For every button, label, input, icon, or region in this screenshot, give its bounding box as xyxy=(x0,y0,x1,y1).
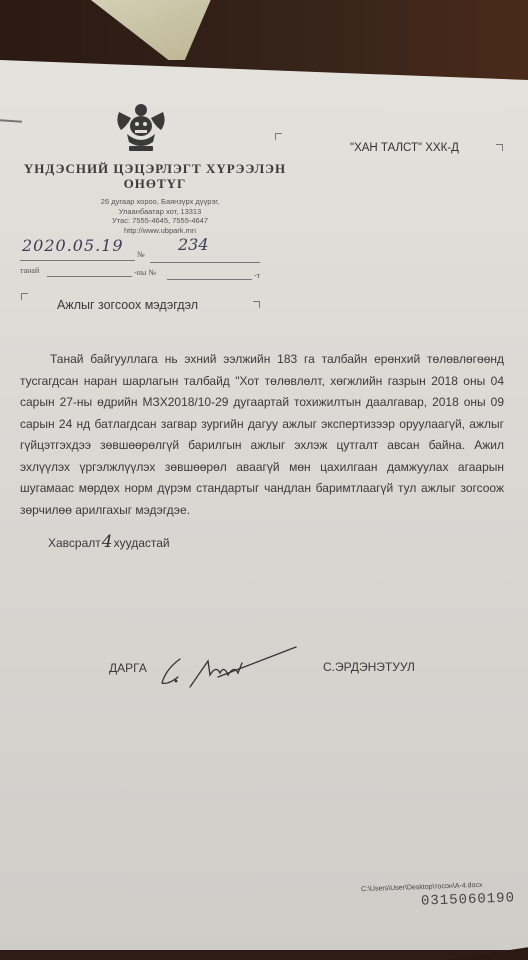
organization-address: 26 дугаар хороо, Баянзүрх дүүрэг, Улаанб… xyxy=(60,197,260,235)
handwritten-page-count: 4 xyxy=(102,532,113,552)
attachment-line: Хавсралт4хуудастай xyxy=(48,532,170,552)
your-date-line xyxy=(47,276,132,277)
org-name-line-1: ҮНДЭСНИЙ ЦЭЦЭРЛЭГТ ХҮРЭЭЛЭН xyxy=(20,161,290,176)
state-emblem-icon xyxy=(111,100,171,158)
your-number-label: -ны № xyxy=(134,268,156,277)
signatory-name: С.ЭРДЭНЭТУУЛ xyxy=(323,660,415,674)
number-label: № xyxy=(137,250,145,259)
corner-mark xyxy=(275,133,282,140)
handwritten-number: 234 xyxy=(178,235,209,254)
attachment-prefix: Хавсралт xyxy=(48,536,101,550)
your-number-line xyxy=(167,279,252,280)
signatory-title: ДАРГА xyxy=(109,661,147,675)
website-line: http://www.ubpark.mn xyxy=(60,226,260,236)
date-line xyxy=(20,260,135,261)
address-line: 26 дугаар хороо, Баянзүрх дүүрэг, xyxy=(60,197,260,207)
recipient: "ХАН ТАЛСТ" ХХК-Д xyxy=(350,142,459,154)
body-paragraph: Танай байгууллага нь эхний ээлжийн 183 г… xyxy=(20,349,504,521)
attachment-suffix: хуудастай xyxy=(114,536,170,550)
handwritten-date: 2020.05.19 xyxy=(22,236,124,255)
subject-title: Ажлыг зогсоох мэдэгдэл xyxy=(57,298,198,312)
corner-mark xyxy=(253,301,260,308)
number-line xyxy=(150,262,260,263)
org-name-line-2: ОНӨТҮГ xyxy=(20,176,290,191)
serial-number-stamp: 0315060190 xyxy=(421,890,516,909)
your-label: танай xyxy=(20,266,39,275)
corner-mark xyxy=(496,144,503,151)
phone-line: Утас: 7555-4645, 7555-4647 xyxy=(60,216,260,226)
address-line: Улаанбаатар хот, 13313 xyxy=(60,207,260,217)
suffix-label: -т xyxy=(254,271,260,280)
organization-name: ҮНДЭСНИЙ ЦЭЦЭРЛЭГТ ХҮРЭЭЛЭН ОНӨТҮГ xyxy=(20,161,290,191)
corner-mark xyxy=(21,293,28,300)
handwritten-signature xyxy=(158,645,298,690)
